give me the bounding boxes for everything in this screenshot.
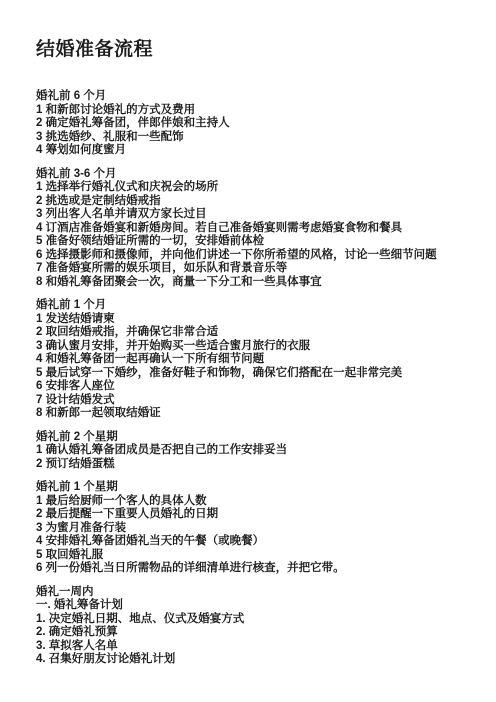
list-item: 5 准备好领结婚证所需的一切，安排婚前体检 <box>36 235 472 249</box>
section-before-3-6-months: 婚礼前 3-6 个月 1 选择举行婚礼仪式和庆祝会的场所 2 挑选或是定制结婚戒… <box>36 168 472 290</box>
section-within-one-week: 婚礼一周内 一. 婚礼筹备计划 1. 决定婚礼日期、地点、仪式及婚宴方式 2. … <box>36 586 472 667</box>
list-item: 2 预订结婚蛋糕 <box>36 458 472 472</box>
list-item: 8 和新郎一起领取结婚证 <box>36 407 472 421</box>
list-item: 3 挑选婚纱、礼服和一些配饰 <box>36 131 472 145</box>
section-before-1-week: 婚礼前 1 个星期 1 最后给厨师一个客人的具体人数 2 最后提醒一下重要人员婚… <box>36 481 472 576</box>
section-before-6-months: 婚礼前 6 个月 1 和新郎讨论婚礼的方式及费用 2 确定婚礼筹备团，伴郎伴娘和… <box>36 90 472 158</box>
section-heading: 婚礼前 2 个星期 <box>36 431 472 445</box>
list-item: 3 确认蜜月安排，并开始购买一些适合蜜月旅行的衣服 <box>36 340 472 354</box>
list-item: 4 筹划如何度蜜月 <box>36 144 472 158</box>
list-item: 1 最后给厨师一个客人的具体人数 <box>36 495 472 509</box>
list-item: 4. 召集好朋友讨论婚礼计划 <box>36 653 472 667</box>
list-item: 6 选择摄影师和摄像师，并向他们讲述一下你所希望的风格，讨论一些细节问题 <box>36 249 472 263</box>
page-title: 结婚准备流程 <box>36 40 472 60</box>
section-heading: 婚礼前 6 个月 <box>36 90 472 104</box>
section-heading: 婚礼前 1 个月 <box>36 299 472 313</box>
section-heading: 婚礼前 1 个星期 <box>36 481 472 495</box>
list-item: 2 挑选或是定制结婚戒指 <box>36 195 472 209</box>
list-item: 2 取回结婚戒指，并确保它非常合适 <box>36 326 472 340</box>
section-before-2-weeks: 婚礼前 2 个星期 1 确认婚礼筹备团成员是否把自己的工作安排妥当 2 预订结婚… <box>36 431 472 472</box>
list-item: 5 最后试穿一下婚纱，准备好鞋子和饰物，确保它们搭配在一起非常完美 <box>36 367 472 381</box>
list-item: 2 最后提醒一下重要人员婚礼的日期 <box>36 508 472 522</box>
list-item: 6 安排客人座位 <box>36 380 472 394</box>
list-item: 7 设计结婚发式 <box>36 394 472 408</box>
list-item: 3 为蜜月准备行装 <box>36 522 472 536</box>
list-item: 4 和婚礼筹备团一起再确认一下所有细节问题 <box>36 353 472 367</box>
list-item: 1 选择举行婚礼仪式和庆祝会的场所 <box>36 181 472 195</box>
sections-container: 婚礼前 6 个月 1 和新郎讨论婚礼的方式及费用 2 确定婚礼筹备团，伴郎伴娘和… <box>36 90 472 667</box>
list-item: 4 安排婚礼筹备团婚礼当天的午餐（或晚餐） <box>36 535 472 549</box>
list-item: 1. 决定婚礼日期、地点、仪式及婚宴方式 <box>36 613 472 627</box>
list-item: 2 确定婚礼筹备团，伴郎伴娘和主持人 <box>36 117 472 131</box>
list-item: 7 准备婚宴所需的娱乐项目，如乐队和背景音乐等 <box>36 262 472 276</box>
list-item: 1 发送结婚请柬 <box>36 313 472 327</box>
list-item: 3. 草拟客人名单 <box>36 640 472 654</box>
list-item: 8 和婚礼筹备团聚会一次，商量一下分工和一些具体事宜 <box>36 276 472 290</box>
list-item: 1 和新郎讨论婚礼的方式及费用 <box>36 104 472 118</box>
list-item: 3 列出客人名单并请双方家长过目 <box>36 208 472 222</box>
list-item: 6 列一份婚礼当日所需物品的详细清单进行核查，并把它带。 <box>36 562 472 576</box>
list-item: 一. 婚礼筹备计划 <box>36 599 472 613</box>
section-heading: 婚礼前 3-6 个月 <box>36 168 472 182</box>
list-item: 1 确认婚礼筹备团成员是否把自己的工作安排妥当 <box>36 444 472 458</box>
list-item: 2. 确定婚礼预算 <box>36 626 472 640</box>
document-page: 结婚准备流程 婚礼前 6 个月 1 和新郎讨论婚礼的方式及费用 2 确定婚礼筹备… <box>0 0 496 702</box>
list-item: 4 订酒店准备婚宴和新婚房间。若自己准备婚宴则需考虑婚宴食物和餐具 <box>36 222 472 236</box>
section-before-1-month: 婚礼前 1 个月 1 发送结婚请柬 2 取回结婚戒指，并确保它非常合适 3 确认… <box>36 299 472 421</box>
list-item: 5 取回婚礼服 <box>36 549 472 563</box>
section-heading: 婚礼一周内 <box>36 586 472 600</box>
